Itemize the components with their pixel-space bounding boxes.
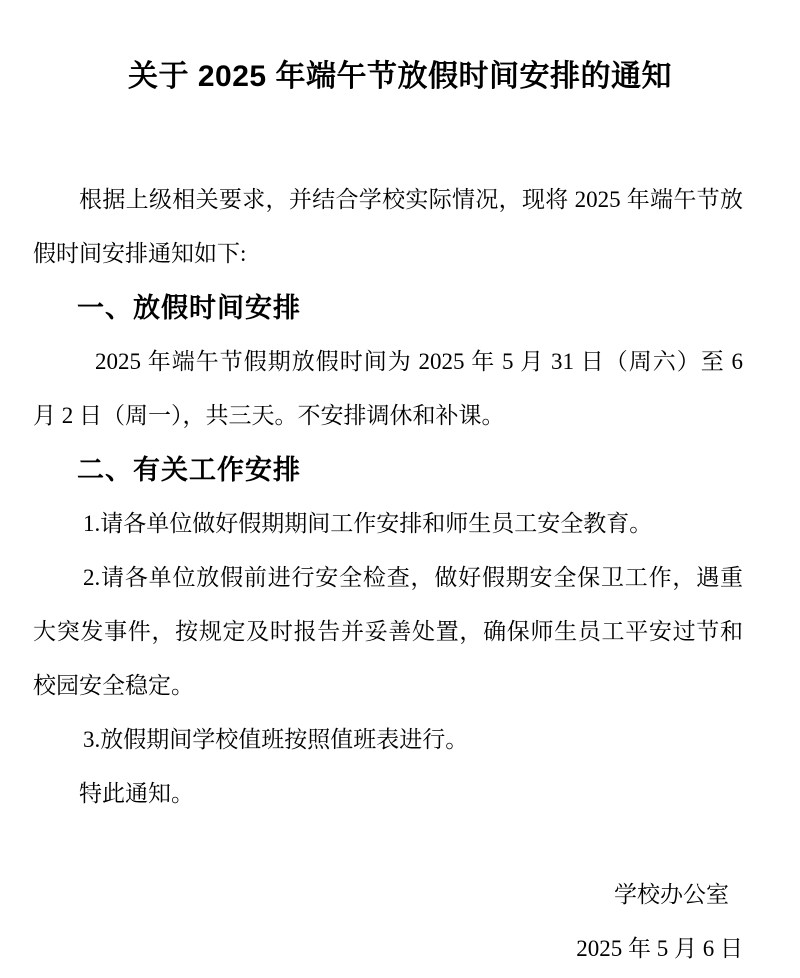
notice-title: 关于 2025 年端午节放假时间安排的通知 (0, 55, 800, 99)
section-1-heading: 一、放假时间安排 (33, 281, 743, 335)
signature-date: 2025 年 5 月 6 日 (33, 922, 743, 976)
notice-body: 根据上级相关要求，并结合学校实际情况，现将 2025 年端午节放假时间安排通知如… (33, 173, 743, 976)
work-item-2: 2.请各单位放假前进行安全检查，做好假期安全保卫工作，遇重大突发事件，按规定及时… (33, 551, 743, 713)
signature-block: 学校办公室 2025 年 5 月 6 日 (33, 868, 743, 976)
section-2-heading: 二、有关工作安排 (33, 443, 743, 497)
closing-paragraph: 特此通知。 (33, 767, 743, 821)
work-item-1: 1.请各单位做好假期期间工作安排和师生员工安全教育。 (33, 497, 743, 551)
holiday-time-paragraph: 2025 年端午节假期放假时间为 2025 年 5 月 31 日（周六）至 6 … (33, 335, 743, 443)
intro-paragraph: 根据上级相关要求，并结合学校实际情况，现将 2025 年端午节放假时间安排通知如… (33, 173, 743, 281)
signature-office: 学校办公室 (33, 868, 729, 922)
notice-page: 关于 2025 年端午节放假时间安排的通知 根据上级相关要求，并结合学校实际情况… (0, 0, 800, 978)
work-item-3: 3.放假期间学校值班按照值班表进行。 (33, 713, 743, 767)
